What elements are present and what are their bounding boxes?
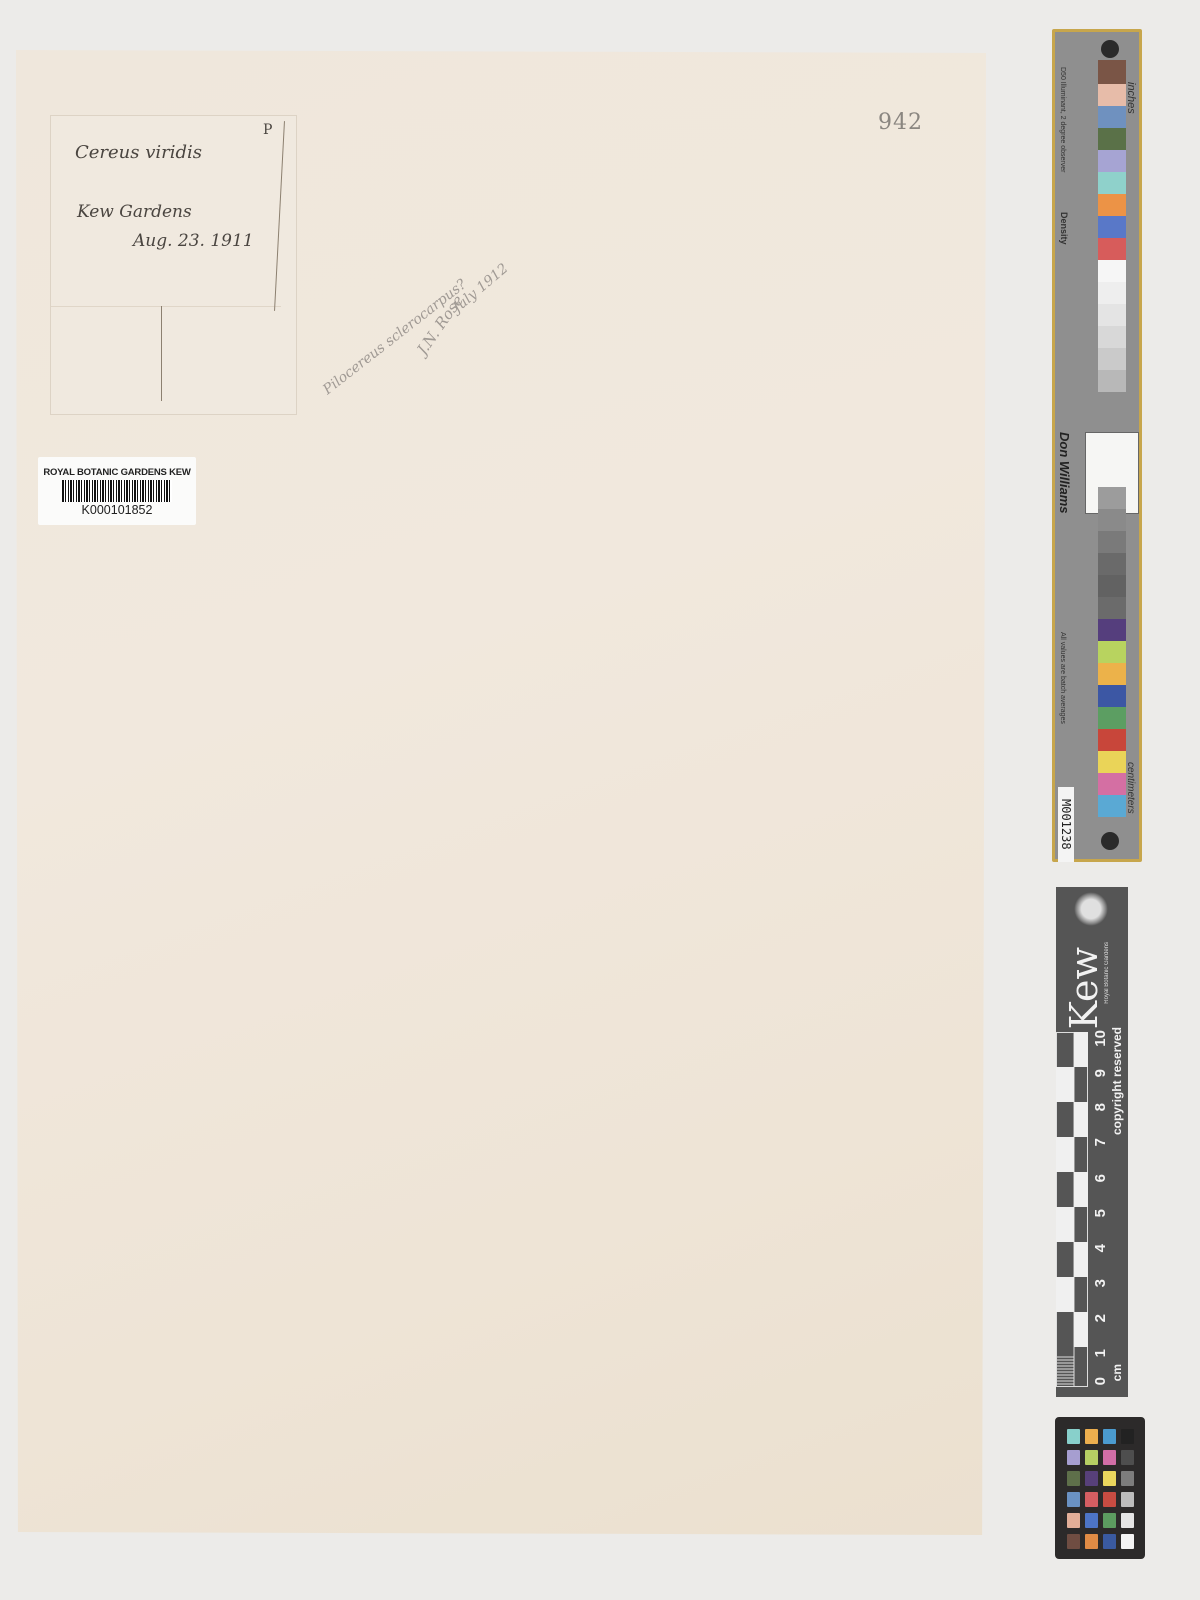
scale-unit: cm <box>1110 1364 1124 1381</box>
checker-patch <box>1067 1429 1080 1444</box>
scale-tick-7: 7 <box>1092 1138 1109 1146</box>
scale-tick-2: 2 <box>1092 1314 1109 1322</box>
colour-checker-card <box>1055 1417 1145 1559</box>
checker-patch <box>1121 1534 1134 1549</box>
swatch-grey-9 <box>1098 531 1126 553</box>
packet-taxon: Cereus viridis <box>75 142 202 163</box>
scale-tick-3: 3 <box>1092 1279 1109 1287</box>
ruler-illuminant-note: D50 Illuminant, 2 degree observer <box>1059 67 1066 172</box>
kew-institution: Royal Botanic Gardens <box>1104 942 1110 1004</box>
specimen-packet: P Cereus viridis Kew Gardens Aug. 23. 19… <box>50 115 297 415</box>
scale-tick-0: 0 <box>1092 1377 1109 1385</box>
kew-logo: Kew <box>1064 947 1104 1029</box>
barcode-number: K000101852 <box>38 503 196 517</box>
sheet-number: 942 <box>878 110 923 135</box>
swatch-purplish-blue <box>1098 216 1126 238</box>
swatch-grey-10 <box>1098 553 1126 575</box>
packet-fold-line <box>51 306 281 307</box>
swatch-blue-sky <box>1098 106 1126 128</box>
swatch-green <box>1098 707 1126 729</box>
swatch-grey-4 <box>1098 326 1126 348</box>
checker-patch <box>1085 1534 1098 1549</box>
checker-patch <box>1067 1471 1080 1486</box>
packet-flap-edge <box>274 121 285 311</box>
checker-patch <box>1103 1534 1116 1549</box>
scale-tick-6: 6 <box>1092 1174 1109 1182</box>
checker-patch <box>1121 1492 1134 1507</box>
checker-patch <box>1085 1492 1098 1507</box>
checker-patch <box>1103 1429 1116 1444</box>
scale-checker-cells <box>1056 1032 1088 1387</box>
kew-crest-icon <box>1074 892 1108 926</box>
scale-tick-4: 4 <box>1092 1244 1109 1252</box>
swatch-moderate-red <box>1098 238 1126 260</box>
swatch-blue-flower <box>1098 150 1126 172</box>
swatch-foliage <box>1098 128 1126 150</box>
packet-locality: Kew Gardens <box>77 202 192 222</box>
packet-slit <box>161 306 162 401</box>
checker-patch <box>1067 1450 1080 1465</box>
checker-patch <box>1085 1429 1098 1444</box>
checker-patch <box>1103 1492 1116 1507</box>
swatch-grey-5 <box>1098 348 1126 370</box>
ruler-hole-bottom <box>1101 832 1119 850</box>
swatch-grey-8 <box>1098 509 1126 531</box>
ruler-brand: Don Williams <box>1057 432 1072 514</box>
ruler-unit-bottom: centimeters <box>1125 762 1136 814</box>
ruler-unit-top: inches <box>1125 82 1137 114</box>
swatch-cyan <box>1098 795 1126 817</box>
checker-patch <box>1103 1513 1116 1528</box>
scale-tick-9: 9 <box>1092 1069 1109 1077</box>
swatch-orange-yellow <box>1098 663 1126 685</box>
checker-patch <box>1121 1513 1134 1528</box>
barcode-icon <box>62 480 172 502</box>
swatch-dark-skin <box>1098 60 1126 84</box>
swatch-red <box>1098 729 1126 751</box>
checker-patch <box>1103 1471 1116 1486</box>
ruler-density-label: Density <box>1059 212 1069 245</box>
barcode-label: ROYAL BOTANIC GARDENS KEW K000101852 <box>38 457 196 525</box>
swatch-grey-12 <box>1098 597 1126 619</box>
barcode-institution: ROYAL BOTANIC GARDENS KEW <box>38 467 196 478</box>
swatch-grey-11 <box>1098 575 1126 597</box>
scale-tick-8: 8 <box>1092 1103 1109 1111</box>
swatch-magenta <box>1098 773 1126 795</box>
checker-patch <box>1085 1471 1098 1486</box>
swatch-blue <box>1098 685 1126 707</box>
swatch-grey-7 <box>1098 487 1126 509</box>
swatch-yellow <box>1098 751 1126 773</box>
checker-patch <box>1121 1471 1134 1486</box>
kew-scale-bar: Kew Royal Botanic Gardens 10 9 8 7 6 5 <box>1056 887 1128 1397</box>
ruler-values-note: All values are batch averages <box>1059 632 1066 724</box>
scale-tick-5: 5 <box>1092 1209 1109 1217</box>
checker-patch <box>1121 1429 1134 1444</box>
checker-patch <box>1085 1513 1098 1528</box>
swatch-bluish-green <box>1098 172 1126 194</box>
swatch-grey-2 <box>1098 282 1126 304</box>
colour-density-ruler: inches centimeters D50 Illuminant, 2 deg… <box>1052 29 1142 862</box>
swatch-grey-3 <box>1098 304 1126 326</box>
checker-patch <box>1067 1492 1080 1507</box>
checker-patch <box>1121 1450 1134 1465</box>
packet-corner-mark: P <box>263 122 272 138</box>
packet-date: Aug. 23. 1911 <box>133 231 254 251</box>
scale-tick-1: 1 <box>1092 1349 1109 1357</box>
swatch-purple <box>1098 619 1126 641</box>
checker-patch <box>1067 1534 1080 1549</box>
swatch-yellow-green <box>1098 641 1126 663</box>
checker-patch <box>1067 1513 1080 1528</box>
checker-patch <box>1085 1450 1098 1465</box>
ruler-hole-top <box>1101 40 1119 58</box>
swatch-grey-1 <box>1098 260 1126 282</box>
scale-tick-10: 10 <box>1092 1030 1109 1047</box>
ruler-serial: M001238 <box>1058 787 1074 862</box>
swatch-orange <box>1098 194 1126 216</box>
swatch-light-skin <box>1098 84 1126 106</box>
checker-patch <box>1103 1450 1116 1465</box>
scale-copyright: copyright reserved <box>1110 1027 1124 1135</box>
swatch-grey-6 <box>1098 370 1126 392</box>
